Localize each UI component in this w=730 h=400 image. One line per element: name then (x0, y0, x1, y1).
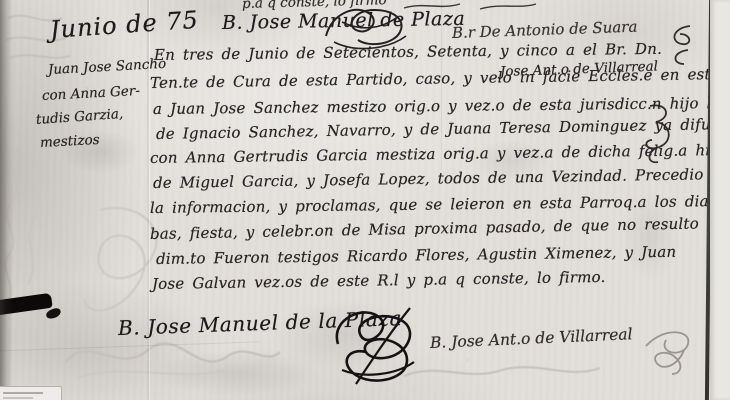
body-line: bas, fiesta, y celebr.on de Misa proxima… (150, 213, 730, 243)
manuscript-page: p.a q conste, lo firmo B. Jose Manuel de… (0, 0, 730, 400)
signature-rubric (322, 300, 432, 392)
body-line: Jose Galvan vez.os de este R.l y p.a q c… (152, 268, 606, 293)
margin-note-line: mestizos (40, 132, 100, 151)
signature-minister: B. Jose Ant.o de Villarreal (430, 325, 633, 352)
body-line: de Miguel Garcia, y Josefa Lopez, todos … (153, 165, 704, 192)
adjacent-page-strip (710, 0, 730, 400)
signature-rubric (634, 318, 704, 378)
body-line: dim.to Fueron testigos Ricardo Flores, A… (156, 243, 677, 268)
body-line: la informacion, y proclamas, que se leie… (150, 192, 717, 217)
margin-note-line: tudis Garzia, (35, 106, 123, 128)
margin-note-line: con Anna Ger- (42, 83, 141, 104)
page-left-edge (0, 0, 13, 400)
body-line: Ten.te de Cura de esta Partido, caso, y … (150, 63, 730, 92)
header-witness-note: B.r De Antonio de Suara (452, 18, 638, 42)
flourish (664, 22, 698, 66)
corner-watermark (0, 386, 62, 400)
